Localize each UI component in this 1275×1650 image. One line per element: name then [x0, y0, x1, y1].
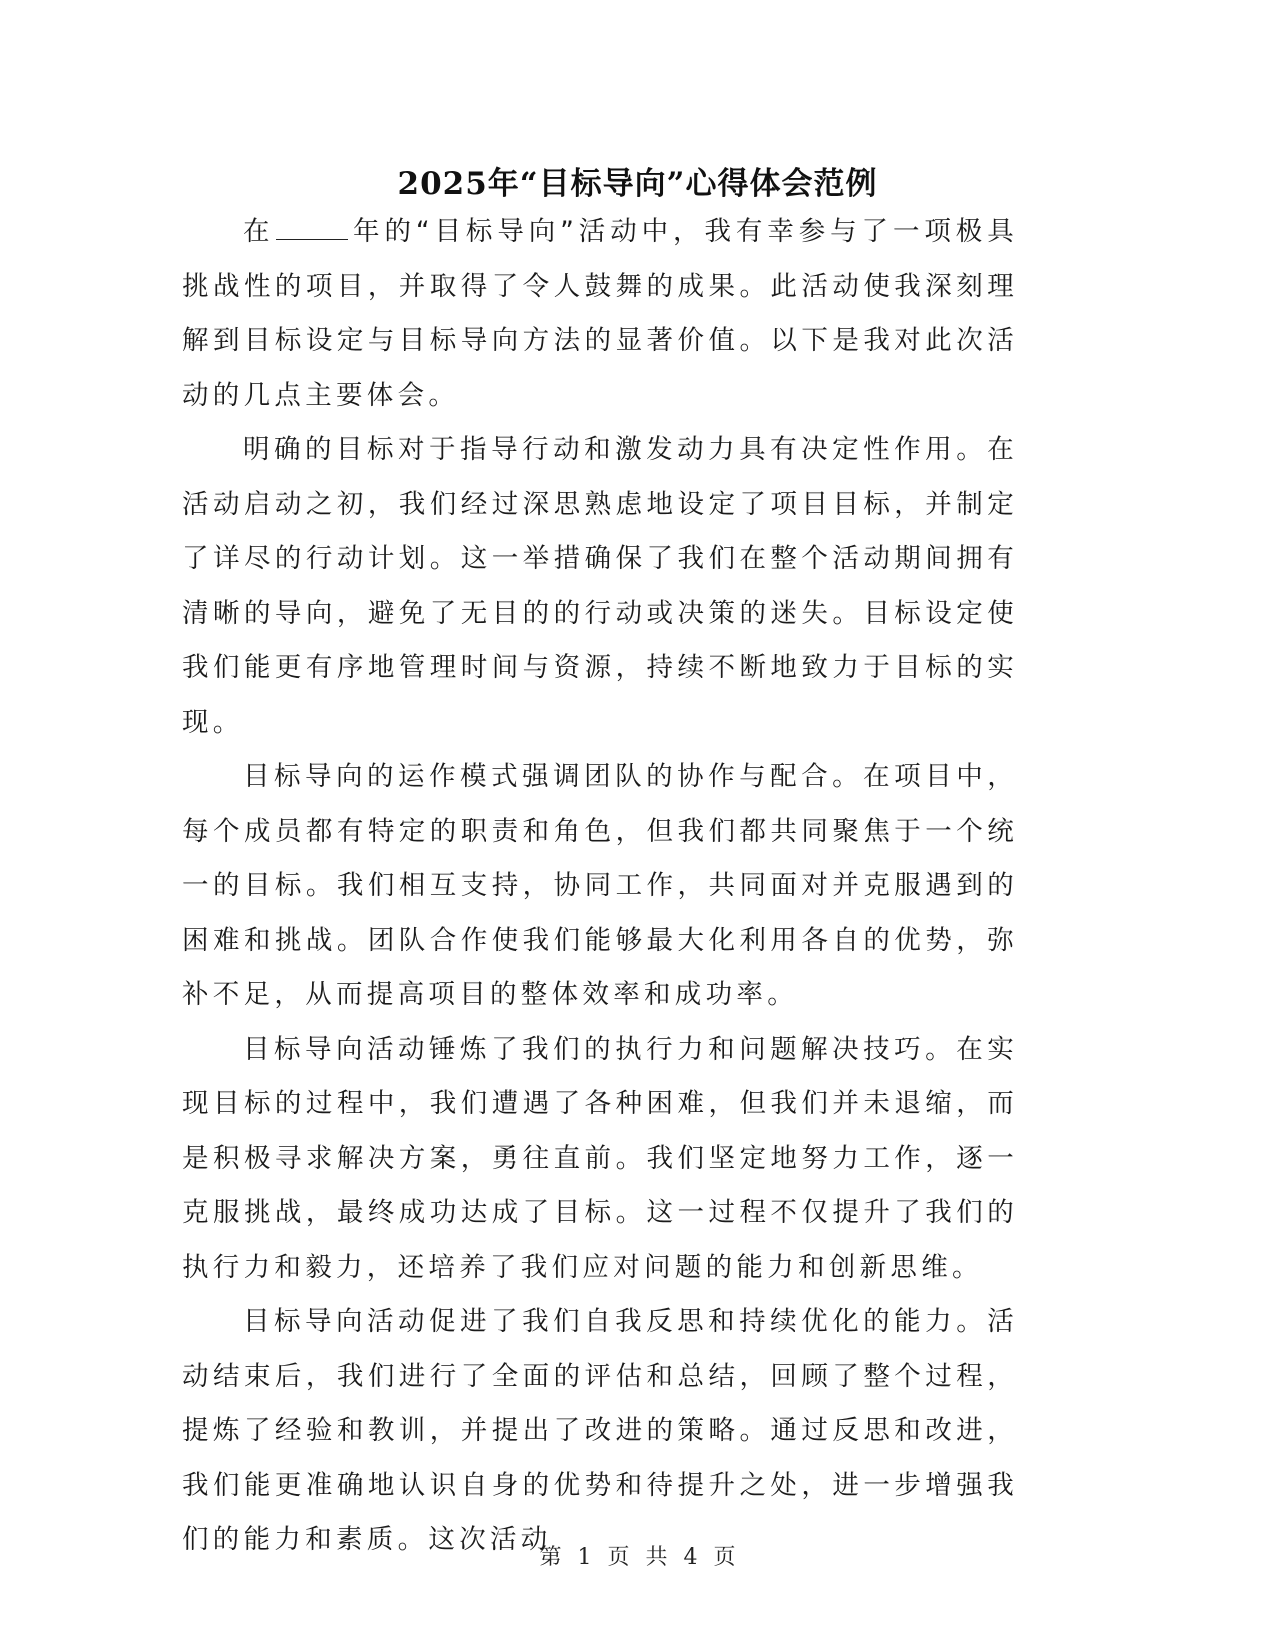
intro-lead-text: 在: [243, 216, 274, 247]
paragraph-intro: 在年的“目标导向”活动中，我有幸参与了一项极具挑战性的项目，并取得了令人鼓舞的成…: [182, 205, 1018, 423]
footer-prefix: 第: [539, 1545, 561, 1570]
document-page: 2025年“目标导向”心得体会范例 在年的“目标导向”活动中，我有幸参与了一项极…: [0, 0, 1275, 1650]
footer-total-prefix: 共: [646, 1545, 668, 1570]
paragraph-execution: 目标导向活动锤炼了我们的执行力和问题解决技巧。在实现目标的过程中，我们遭遇了各种…: [182, 1023, 1018, 1296]
footer-page-label: 页: [607, 1545, 629, 1570]
footer-total-suffix: 页: [714, 1545, 736, 1570]
document-body: 在年的“目标导向”活动中，我有幸参与了一项极具挑战性的项目，并取得了令人鼓舞的成…: [182, 205, 1018, 1568]
footer-current-page: 1: [577, 1545, 591, 1570]
paragraph-teamwork: 目标导向的运作模式强调团队的协作与配合。在项目中，每个成员都有特定的职责和角色，…: [182, 750, 1018, 1023]
paragraph-reflection: 目标导向活动促进了我们自我反思和持续优化的能力。活动结束后，我们进行了全面的评估…: [182, 1295, 1018, 1568]
blank-fill-line: [276, 237, 348, 240]
intro-rest-text: 年的“目标导向”活动中，我有幸参与了一项极具挑战性的项目，并取得了令人鼓舞的成果…: [182, 216, 1018, 411]
page-number-footer: 第1页共4页: [0, 1540, 1275, 1571]
document-title: 2025年“目标导向”心得体会范例: [0, 164, 1275, 204]
footer-total-pages: 4: [684, 1545, 698, 1570]
paragraph-clear-goals: 明确的目标对于指导行动和激发动力具有决定性作用。在活动启动之初，我们经过深思熟虑…: [182, 423, 1018, 750]
